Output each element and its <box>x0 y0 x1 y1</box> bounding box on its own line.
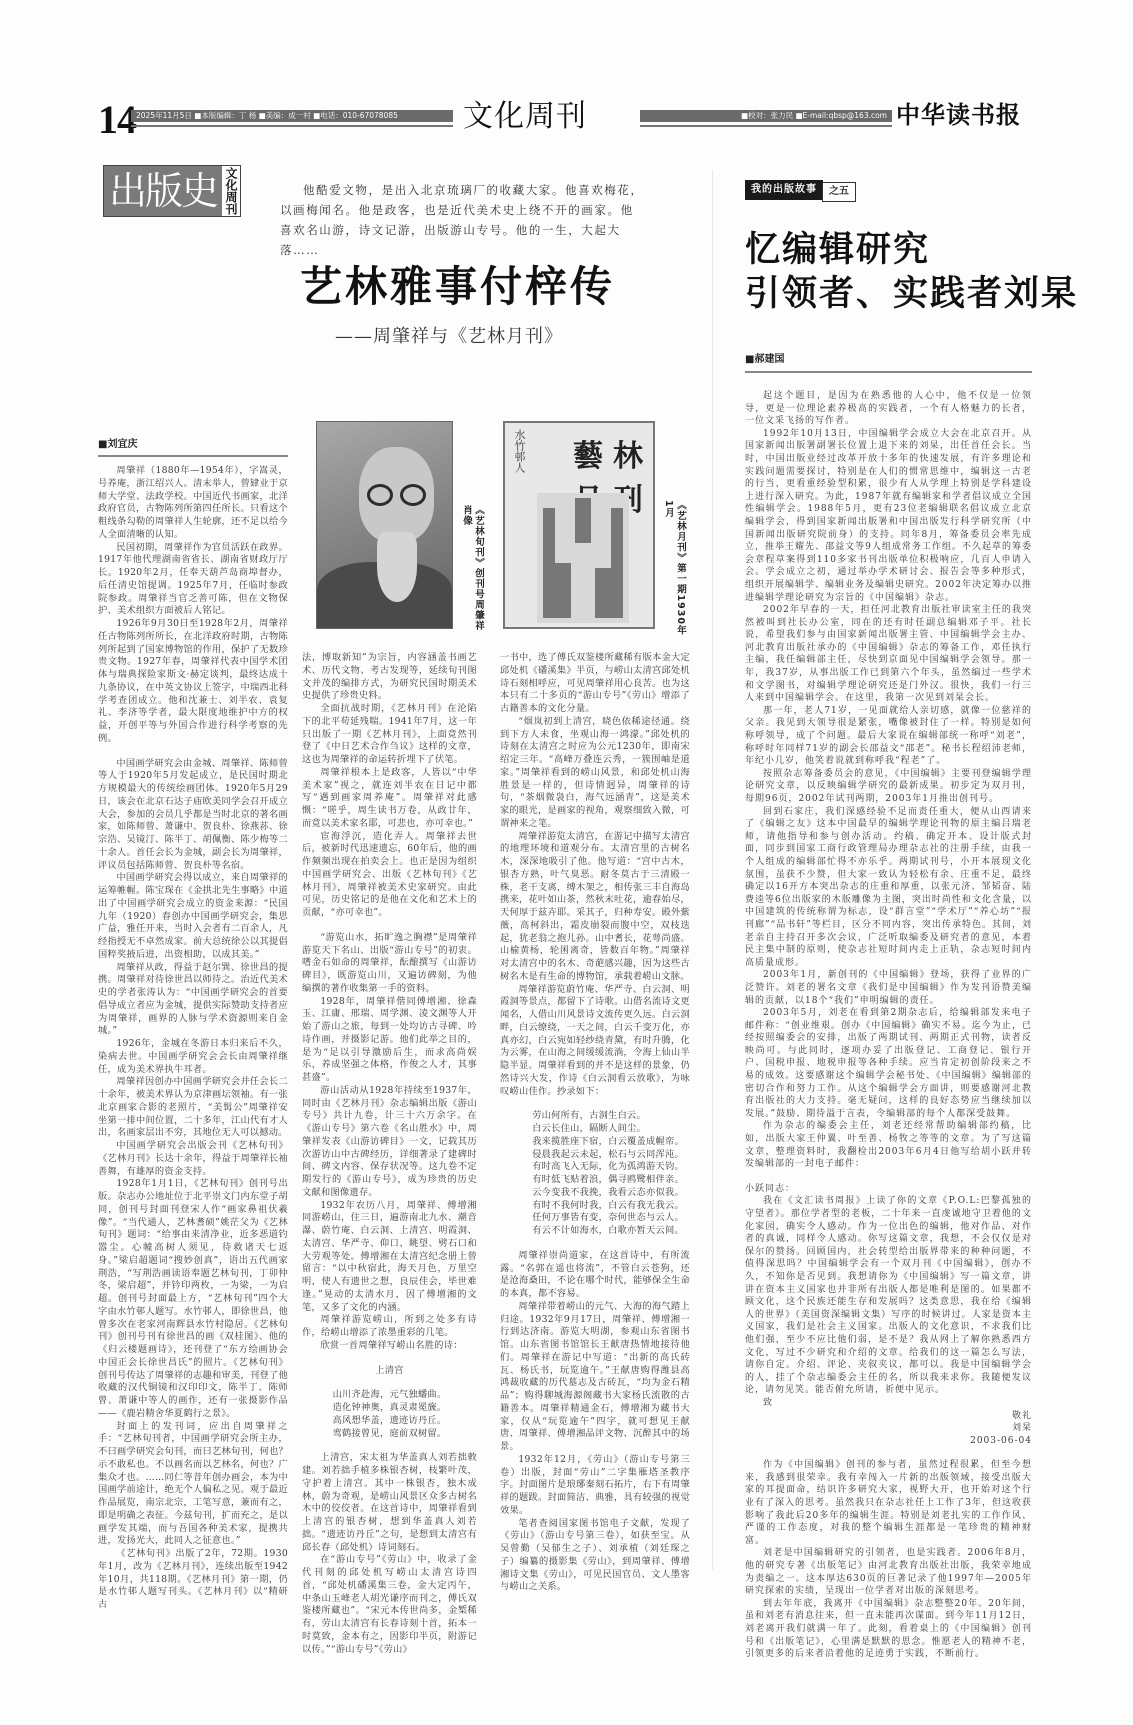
cover-rubbing-center <box>575 498 591 543</box>
poem-line: 有时低飞贴着浪，偶寻鸥鹭相伴亲。 <box>500 1174 690 1187</box>
paragraph: 2002年早春的一天，担任河北教育出版社审读室主任的我突然被叫到社长办公室，同在… <box>745 604 1032 705</box>
series-tag-label: 我的出版故事 <box>745 180 823 200</box>
poem-line: 云今变我不我挽，我看云态亦似我。 <box>500 1187 690 1200</box>
letter-salutation: 小跃同志： <box>745 1183 1032 1196</box>
paragraph: 1926年，金城在冬游日本归来后不久，染病去世。中国画学研究会会长由周肇祥继任，… <box>98 1038 288 1076</box>
poem-title: 上清宫 <box>302 1365 477 1378</box>
paragraph: 一书中，选了傅氏双鉴楼所藏稀有版本金大定邱处机《磻溪集》半页，与崂山太清宫邱处机… <box>500 652 690 716</box>
poem-line: 造化钟神奥，真灵肃冕旒。 <box>302 1402 477 1415</box>
paragraph: 笔者查阅国家图书馆电子文献，发现了《劳山》（游山专号第三卷），如获至宝。从吴曾勤… <box>500 1518 690 1595</box>
masthead-info-left: 2025年11月5日 ■本版编辑：丁 杨 ■美编：成一村 ■电话：010-670… <box>131 110 453 122</box>
paragraph: 中国画学研究会出版会刊《艺林旬刊》《艺林月刊》长达十余年，得益于周肇祥长袖善舞，… <box>98 1140 288 1178</box>
paragraph: “游览山水，拓旷逸之胸襟”是周肇祥游览天下名山、出版“游山专号”的初衷。嗜金石如… <box>302 932 477 996</box>
paragraph: 1928年，周肇祥偕同傅增湘、徐森玉、江庸、邢瑞、周学渊、凌文渊等人开始了游山之… <box>302 996 477 1085</box>
poem-line: 有时高飞入无际，化为孤鸿游天钧。 <box>500 1161 690 1174</box>
cover-rubbing-block <box>595 568 623 618</box>
poem-line: 侵晨我起云未起，松石与云同浑沌。 <box>500 1149 690 1162</box>
paragraph: 周肇祥从政，得益于赵尔巽、徐世昌的提携。周肇祥对待徐世昌以师待之。治近代美术史的… <box>98 962 288 1039</box>
paragraph: 在“游山专号”《劳山》中，收录了金代刊刻的邱处机写崂山太清宫诗四首，“邱处机磻溪… <box>302 1554 477 1656</box>
paragraph: 周肇祥（1880年—1954年），字嵩灵，号养庵，浙江绍兴人。清末举人，曾肄业于… <box>98 465 288 542</box>
title-line-2: 引领者、实践者刘杲 <box>745 272 1078 316</box>
paragraph: 周肇祥游览太清宫，在游记中描写太清宫的地理环境和道观分布。太清宫里的古树名木，深… <box>500 831 690 984</box>
paragraph: 2003年1月，新创刊的《中国编辑》登场，获得了业界的广泛赞许。刘老的署名文章《… <box>745 969 1032 1007</box>
magazine-cover-image: 藝林月刊 水竹邨人 <box>503 421 655 629</box>
poem-line: 白云长住山，隔断人间尘。 <box>500 1123 690 1136</box>
series-tag: 我的出版故事 之五 <box>745 180 856 202</box>
portrait-beard <box>377 532 417 602</box>
poem-line: 高风想华盖，遗迹访丹丘。 <box>302 1415 477 1428</box>
letter-signature: 刘杲 <box>745 1422 1032 1435</box>
article-column-1: 周肇祥（1880年—1954年），字嵩灵，号养庵，浙江绍兴人。清末举人，曾肄业于… <box>98 465 288 1705</box>
newspaper-logo: 中华读书报 <box>896 100 1021 130</box>
letter-closing: 敬礼 <box>745 1410 1032 1423</box>
right-article-body: 起这个题目，是因为在熟悉他的人心中，他不仅是一位领导，更是一位理论素养极高的实践… <box>745 390 1032 1700</box>
paragraph: 刘老是中国编辑研究的引领者，也是实践者。2006年8月，他的研究专著《出版笔记》… <box>745 1547 1032 1597</box>
paragraph: 中国画学研究会由金城、周肇祥、陈师曾等人于1920年5月发起成立，是民国时期北方… <box>98 758 288 873</box>
paragraph: 欣赏一首周肇祥写崂山名胜的诗： <box>302 1340 477 1353</box>
cover-inscription: 水竹邨人 <box>511 429 527 473</box>
cover-rubbing-block <box>543 563 571 618</box>
right-byline-rule <box>745 371 1032 373</box>
letter-zhi: 致 <box>745 1397 1032 1410</box>
letter-body: 我在《文汇读书周报》上读了你的文章《P.O.L:巴黎孤独的守望者》。那位学者型的… <box>745 1195 1032 1397</box>
poem-line: 劳山何所有，古洞生白云。 <box>500 1110 690 1123</box>
poem-line: 有时不我何时我，白云有我无我云。 <box>500 1200 690 1213</box>
right-article-title: 忆编辑研究 引领者、实践者刘杲 <box>745 228 1078 316</box>
paragraph: 2003年5月，刘老在看到第2期杂志后，给编辑部发来电子邮件称：“创业维艰。创办… <box>745 1007 1032 1120</box>
portrait-caption: 《艺林旬刊》创刊号周肇祥肖像 <box>460 505 484 635</box>
glasses-right <box>400 484 426 506</box>
poem-line: 鸾鹤接曾见，庭前双树留。 <box>302 1428 477 1441</box>
right-author-byline: ■郝建国 <box>745 353 784 367</box>
column-logo-side: 文化周刊 <box>222 166 240 216</box>
paragraph: 1932年12月，《劳山》（游山专号第三卷）出版，封面“劳山”二字集雁塔圣教序字… <box>500 1454 690 1518</box>
paragraph: 游山活动从1928年持续至1937年，同时由《艺林月刊》杂志编辑出版《游山专号》… <box>302 1085 477 1200</box>
column-logo: 出版史 文化周刊 <box>103 165 241 217</box>
poem-line: 山川齐赴海，元气独蟠曲。 <box>302 1389 477 1402</box>
paragraph: 中国画学研究会得以成立，来自周肇祥的运筹帷幄。陈宝琛在《金拱北先生事略》中道出了… <box>98 872 288 961</box>
poem-line: 有云不计如海水，白歌亦暂天云间。 <box>500 1225 690 1238</box>
author-byline: ■刘宜庆 <box>98 438 137 452</box>
article-lead: 他酷爱文物，是出入北京琉璃厂的收藏大家。他喜欢梅花，以画梅闻名。他是政客，也是近… <box>280 180 645 260</box>
paragraph: 1928年1月1日，《艺林旬刊》创刊号出版。杂志办公地址位于北平崇文门内东堂子胡… <box>98 1178 288 1420</box>
article-headline: 艺林雅事付梓传 <box>300 262 615 312</box>
column-logo-main: 出版史 <box>104 166 222 216</box>
letter-date: 2003-06-04 <box>745 1435 1032 1448</box>
column-divider <box>712 170 713 1570</box>
paragraph: 1932年农历八月，周肇祥、傅增湘同游崂山，住三日，遍游南北九水、潮音瀑、蔚竹庵… <box>302 1200 477 1315</box>
paragraph: 周肇祥因创办中国画学研究会并任会长二十余年，被美术界认为京津画坛领袖。有一张北京… <box>98 1076 288 1140</box>
paragraph: 周肇祥游览崂山，所到之处多有诗作，给崂山增添了浓墨重彩的几笔。 <box>302 1314 477 1340</box>
paragraph: 作为杂志的编委会主任，刘老还经常帮助编辑部约稿，比如，出版大家王仲翼、叶至善、杨… <box>745 1120 1032 1170</box>
paragraph: 《艺林旬刊》出版了2年，72期。1930年1月，改为《艺林月刊》，连续出版至19… <box>98 1548 288 1612</box>
article-column-2: 法，博取新知”为宗旨，内容涵盖书画艺术、历代文物、考古发现等，延续旬刊图文并茂的… <box>302 652 477 1712</box>
byline-rule <box>98 455 288 457</box>
masthead-info-right: ■校对：张力民 ■E-mail:qbsp@163.com <box>640 110 892 122</box>
poem-line: 我来揽胜座下宿，白云覆盖成幄帟。 <box>500 1136 690 1149</box>
paragraph: 全面抗战时期，《艺林月刊》在沦陷下的北平苟延残喘。1941年7月，这一年只出版了… <box>302 703 477 767</box>
paragraph: 1926年9月30日至1928年2月，周肇祥任古物陈列所所长，在北洋政府时期，古… <box>98 618 288 746</box>
cover-caption: 《艺林月刊》第一期1930年1月 <box>662 500 686 640</box>
masthead-rule-right <box>640 125 892 127</box>
paragraph: 作为《中国编辑》创刊的参与者，虽然过程很累，但至今想来，我感到很荣幸。我有幸闯入… <box>745 1459 1032 1547</box>
section-title: 文化周刊 <box>463 100 587 134</box>
paragraph: 民国初期，周肇祥作为官员活跃在政界。1917年他代理湖南省省长、湖南省财政厅厅长… <box>98 542 288 619</box>
paragraph: 周肇祥带着崂山的元气、大海的海气踏上归途。1932年9月17日，周肇祥、傅增湘一… <box>500 1301 690 1454</box>
paragraph: 到去年年底，我离开《中国编辑》杂志整整20年。20年间，虽和刘老有消息往来，但一… <box>745 1598 1032 1661</box>
paragraph: 周肇祥游览蔚竹庵、华严寺、白云洞、明霞洞等景点，都留下了诗歌。山借名流诗文更闻名… <box>500 984 690 1099</box>
paragraph: 周肇祥根本上是政客，人皆以“中华美术家”视之，就连刘半农在日记中都写“遇到画家周… <box>302 767 477 831</box>
title-line-1: 忆编辑研究 <box>745 228 1078 272</box>
article-column-3: 一书中，选了傅氏双鉴楼所藏稀有版本金大定邱处机《磻溪集》半页，与崂山太清宫邱处机… <box>500 652 690 1712</box>
portrait-photo <box>316 421 453 629</box>
poem-line: 任何万事皆有变，奈何世态与云人。 <box>500 1212 690 1225</box>
paragraph: 上清宫，宋太祖为华盖真人刘若拙敕建。刘若拙手植多株银杏树，枝繁叶茂，守护着上清宫… <box>302 1452 477 1554</box>
paragraph: 封面上的发刊词，应出自周肇祥之手：“艺林旬刊者，中国画学研究会所主办，不曰画学研… <box>98 1421 288 1549</box>
paragraph: “烟岚初到上清宫，晓色依稀途径通。绕到下方人未食，坐观山海一鸿濛。”邱处机的诗刻… <box>500 716 690 831</box>
masthead-rule-left <box>131 125 453 127</box>
glasses-left <box>367 484 393 506</box>
paragraph: 宦海浮沉，造化弄人。周肇祥去世后，被新时代迅速遗忘，60年后，他的画作频频出现在… <box>302 831 477 920</box>
article-subheadline: ——周肇祥与《艺林月刊》 <box>335 325 563 349</box>
paragraph: 1992年10月13日，中国编辑学会成立大会在北京召开。从国家新闻出版署副署长位… <box>745 428 1032 604</box>
paragraph: 那一年，老人71岁，一见面就给人亲切感，就像一位慈祥的父亲。我见到大领导很是紧张… <box>745 705 1032 768</box>
paragraph: 按照杂志筹备委员会的意见，《中国编辑》主要刊登编辑学理论研究文章，以反映编辑学研… <box>745 768 1032 806</box>
paragraph: 法，博取新知”为宗旨，内容涵盖书画艺术、历代文物、考古发现等，延续旬刊图文并茂的… <box>302 652 477 703</box>
paragraph: 周肇祥崇尚道家，在这首诗中，有所流露。“名郭在遥也将流”，不管白云苍狗，还是沧海… <box>500 1250 690 1301</box>
paragraph: 回到石家庄，我们深感经验不足而责任重大，便从山西请来了《编辑之友》这本中国最早的… <box>745 806 1032 970</box>
series-tag-number: 之五 <box>822 182 856 202</box>
paragraph: 起这个题目，是因为在熟悉他的人心中，他不仅是一位领导，更是一位理论素养极高的实践… <box>745 390 1032 428</box>
